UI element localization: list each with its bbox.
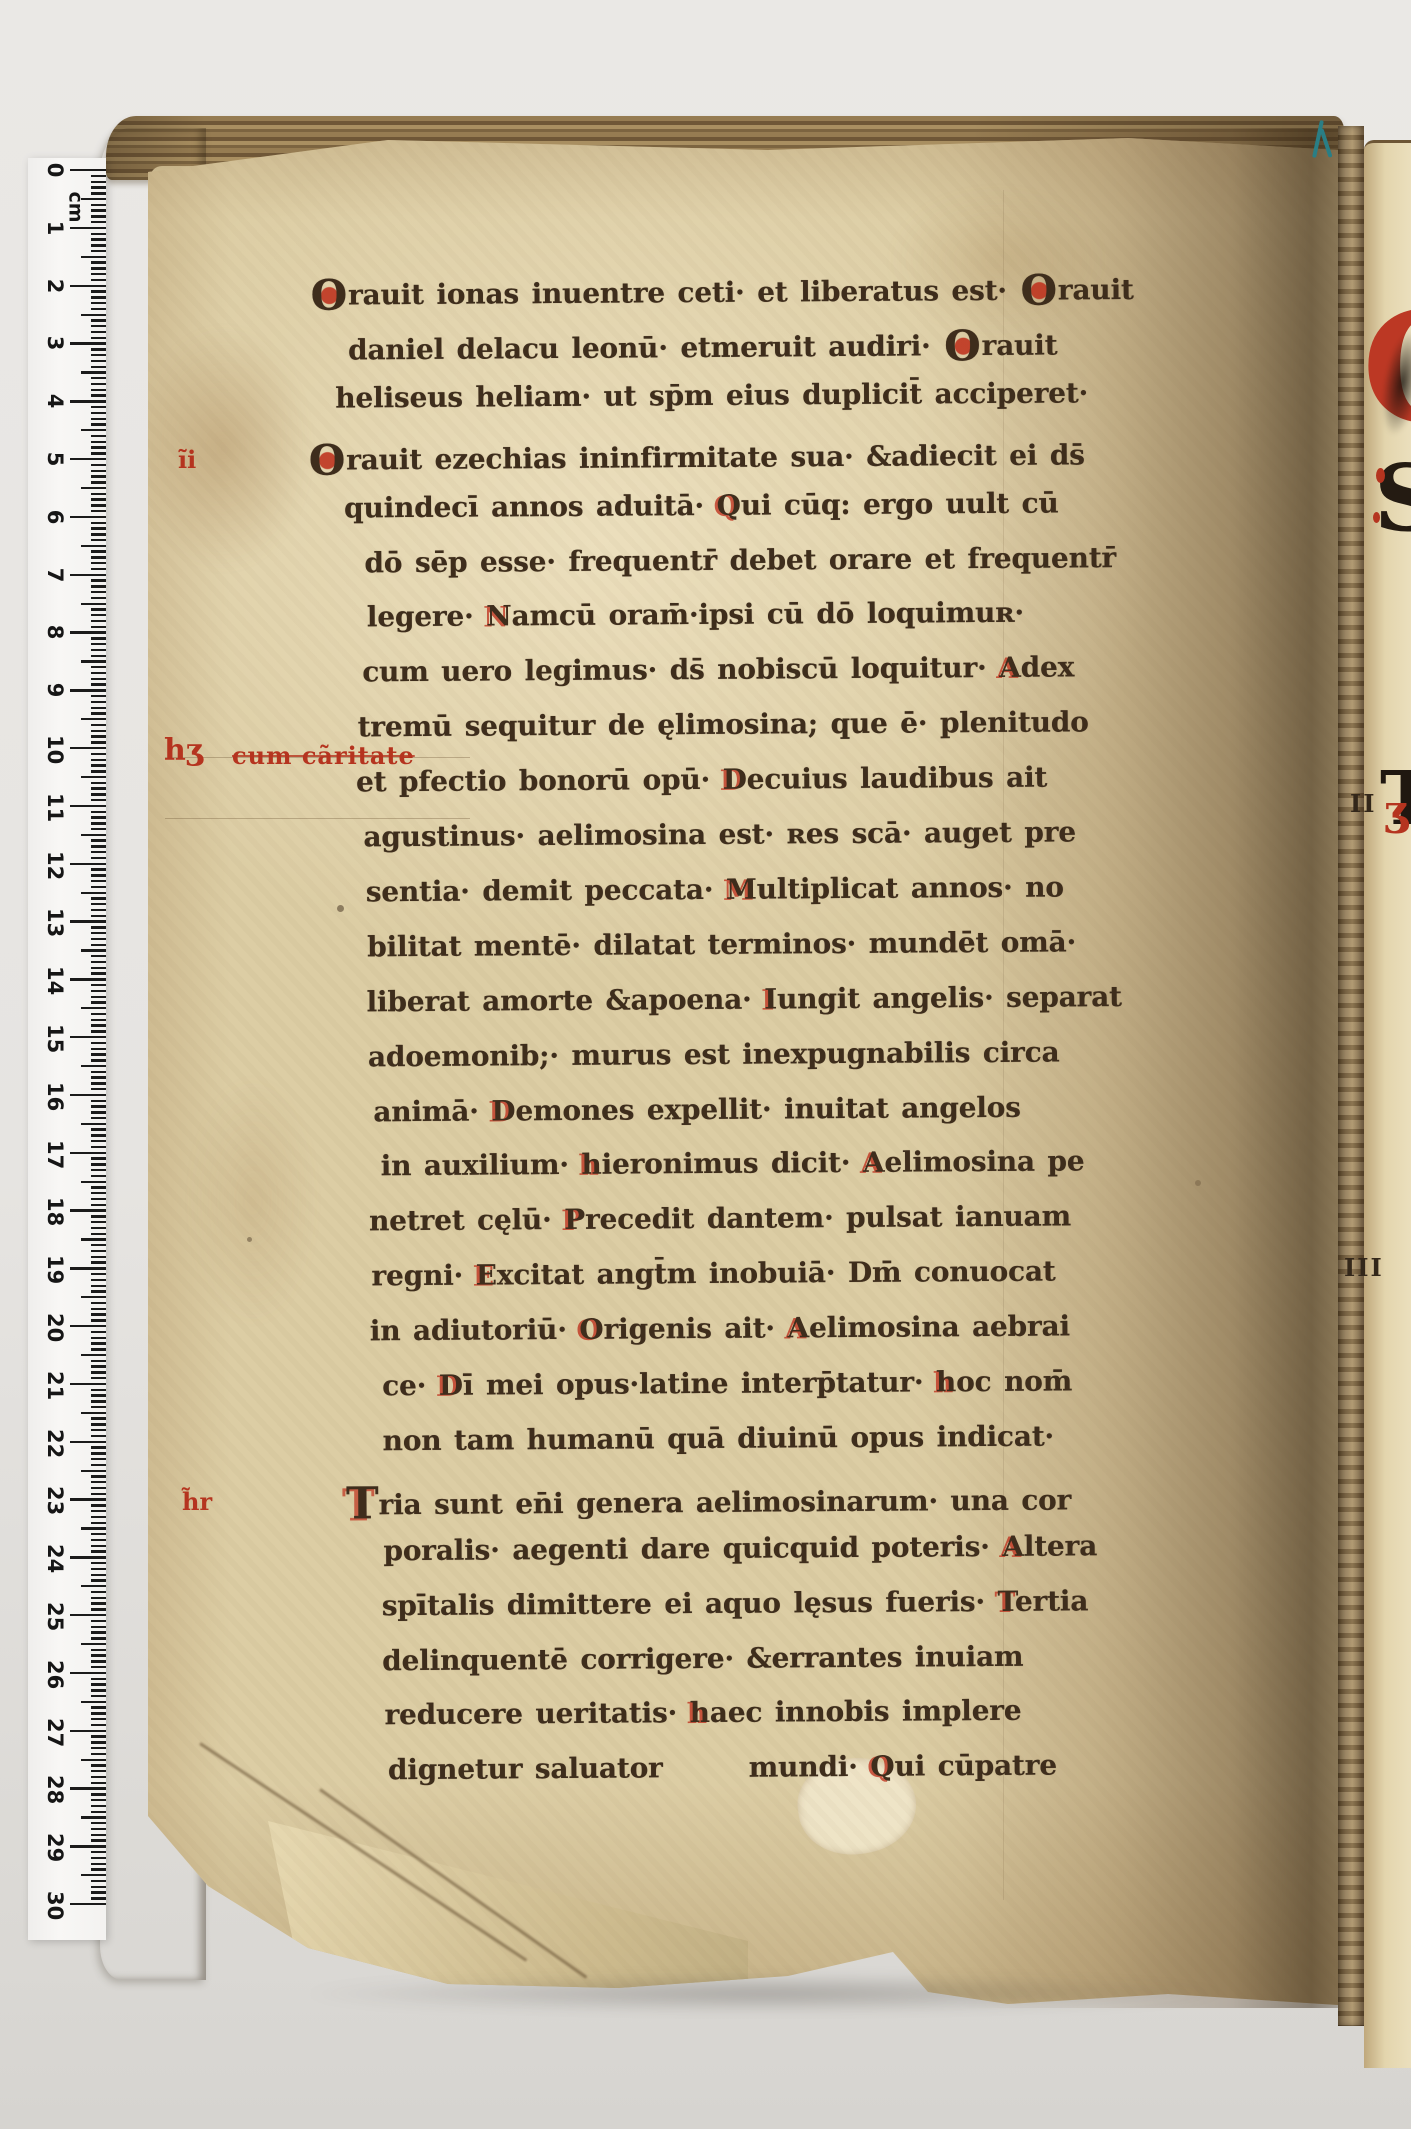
ruler-tick bbox=[91, 215, 106, 217]
ruler-tick bbox=[91, 1048, 106, 1050]
ruler-tick bbox=[81, 1238, 106, 1240]
ruler-tick bbox=[91, 759, 106, 761]
ruler-number: 1 bbox=[43, 215, 67, 241]
manuscript-text: E bbox=[476, 1259, 497, 1292]
ruler-tick bbox=[91, 1666, 106, 1668]
ruler-tick bbox=[91, 1897, 106, 1899]
ruler-tick bbox=[91, 857, 106, 859]
ruler-tick bbox=[91, 886, 106, 888]
ruler-tick bbox=[91, 267, 106, 269]
ruler-tick bbox=[91, 1475, 106, 1477]
manuscript-line: liberat amorte &apoena· Iungit angelis· … bbox=[366, 983, 1121, 1016]
ruler-tick bbox=[91, 1706, 106, 1708]
ruler-tick bbox=[81, 1701, 106, 1703]
ruler-tick bbox=[91, 1186, 106, 1188]
ruler-number: 24 bbox=[43, 1544, 67, 1570]
ruler-tick bbox=[91, 568, 106, 570]
ruler-tick bbox=[91, 1348, 106, 1350]
ruler-tick bbox=[91, 655, 106, 657]
ruler-tick bbox=[91, 1579, 106, 1581]
ruler-tick bbox=[91, 475, 106, 477]
manuscript-line: quindecī annos aduitā· Qui cūq: ergo uul… bbox=[344, 489, 1059, 522]
manuscript-text: regni· bbox=[371, 1259, 475, 1293]
ruler-tick bbox=[91, 452, 106, 454]
manuscript-text: Q bbox=[716, 488, 740, 521]
manuscript-text: D bbox=[491, 1094, 515, 1127]
manuscript-line: Orauit ionas inuentre ceti· et liberatus… bbox=[309, 269, 1133, 317]
ruler-number: 28 bbox=[43, 1775, 67, 1801]
ruler-tick bbox=[70, 805, 106, 807]
margin-rubric: hʒ bbox=[164, 736, 203, 766]
ruler-tick bbox=[91, 1417, 106, 1419]
ruler-tick bbox=[70, 1556, 106, 1558]
manuscript-text: in adiutoriū· bbox=[370, 1313, 580, 1347]
ruler-tick bbox=[81, 1759, 106, 1761]
manuscript-line: dignetur saluator mundi· Qui cūpatre bbox=[388, 1752, 1057, 1785]
ruler-number: 3 bbox=[43, 330, 67, 356]
ruler-tick bbox=[91, 1747, 106, 1749]
manuscript-text: delinquentē corrigere· &errantes inuiam bbox=[382, 1639, 1023, 1676]
manuscript-text: tremū sequitur de ęlimosina; que ē· plen… bbox=[358, 706, 1089, 744]
ruler-tick bbox=[81, 1065, 106, 1067]
ruler-tick bbox=[91, 1481, 106, 1483]
ruler-tick bbox=[91, 1770, 106, 1772]
ruler-tick bbox=[91, 1059, 106, 1061]
ruler-tick bbox=[91, 302, 106, 304]
manuscript-line: bilitat mentē· dilatat terminos· mundēt … bbox=[367, 928, 1076, 961]
ruler-tick bbox=[91, 192, 106, 194]
ruler-tick bbox=[91, 787, 106, 789]
ruler-tick bbox=[91, 1042, 106, 1044]
ruler-number: 4 bbox=[43, 388, 67, 414]
manuscript-text: ria sunt en̄i genera aelimosinarum· una … bbox=[378, 1483, 1071, 1521]
ruler-tick bbox=[91, 1192, 106, 1194]
ruler-tick bbox=[91, 1683, 106, 1685]
ruler-tick bbox=[91, 377, 106, 379]
ruler-tick bbox=[91, 1458, 106, 1460]
ruler-tick bbox=[91, 683, 106, 685]
ruler-tick bbox=[91, 839, 106, 841]
manuscript-line: animā· Demones expellit· inuitat angelos bbox=[373, 1093, 1021, 1126]
ruler-tick bbox=[91, 539, 106, 541]
manuscript-text: aec innobis implere bbox=[710, 1694, 1022, 1729]
ruler-tick bbox=[70, 516, 106, 518]
ruler-number: 9 bbox=[43, 677, 67, 703]
manuscript-line: agustinus· aelimosina est· ʀes scā· auge… bbox=[363, 818, 1076, 851]
ruler-tick bbox=[91, 932, 106, 934]
ruler-tick bbox=[91, 695, 106, 697]
ruler-tick bbox=[91, 1718, 106, 1720]
ruler-tick bbox=[91, 406, 106, 408]
ruler-tick bbox=[91, 1423, 106, 1425]
ruler-tick bbox=[70, 1152, 106, 1154]
manuscript-text: emones expellit· inuitat angelos bbox=[515, 1090, 1021, 1127]
ruler-tick bbox=[91, 337, 106, 339]
ruler-tick bbox=[81, 545, 106, 547]
ruler-tick bbox=[81, 1874, 106, 1876]
ruler-tick bbox=[91, 1886, 106, 1888]
ruler-tick bbox=[91, 816, 106, 818]
illuminated-initial: T bbox=[346, 1482, 379, 1526]
ruler-tick bbox=[91, 996, 106, 998]
ruler-tick bbox=[91, 244, 106, 246]
ruler-tick bbox=[70, 1672, 106, 1674]
ruler-number: 11 bbox=[43, 793, 67, 819]
ruler-tick bbox=[70, 1903, 106, 1905]
ruler-tick bbox=[91, 944, 106, 946]
manuscript-text: amcū oram̄·ipsi cū dō loquimuʀ· bbox=[511, 596, 1024, 633]
ruler-number: 5 bbox=[43, 446, 67, 472]
manuscript-line: sentia· demit peccata· Multiplicat annos… bbox=[366, 873, 1064, 906]
ruler-tick bbox=[91, 181, 106, 183]
ruler-tick bbox=[70, 1094, 106, 1096]
ruler-tick bbox=[70, 342, 106, 344]
ruler-tick bbox=[91, 1429, 106, 1431]
illuminated-initial: O bbox=[308, 439, 347, 481]
ruler-tick bbox=[91, 1302, 106, 1304]
ruler-tick bbox=[91, 1597, 106, 1599]
ruler-tick bbox=[91, 527, 106, 529]
manuscript-text: h bbox=[690, 1696, 710, 1729]
ruler-tick bbox=[91, 1689, 106, 1691]
ruler-tick bbox=[91, 938, 106, 940]
ruler-tick bbox=[91, 1724, 106, 1726]
manuscript-text: sentia· demit peccata· bbox=[366, 873, 726, 909]
ruler-tick bbox=[91, 770, 106, 772]
ruler-tick bbox=[91, 741, 106, 743]
ruler-tick bbox=[91, 556, 106, 558]
ruler-tick bbox=[91, 175, 106, 177]
ruler-tick bbox=[91, 308, 106, 310]
ruler-tick bbox=[91, 1342, 106, 1344]
ruler-tick bbox=[91, 649, 106, 651]
ruler-tick bbox=[91, 1215, 106, 1217]
ruler-tick bbox=[91, 1024, 106, 1026]
ruler-tick bbox=[81, 1181, 106, 1183]
ruler-tick bbox=[91, 972, 106, 974]
ruler-tick bbox=[91, 1822, 106, 1824]
manuscript-text: ui cūq: ergo uult cū bbox=[741, 486, 1059, 521]
ruler-number: 25 bbox=[43, 1602, 67, 1628]
ruler-tick bbox=[91, 383, 106, 385]
ruler-tick bbox=[81, 1354, 106, 1356]
ruler-tick bbox=[91, 579, 106, 581]
manuscript-text: h bbox=[936, 1365, 956, 1398]
ruler-tick bbox=[81, 1412, 106, 1414]
ruler-tick bbox=[91, 1608, 106, 1610]
ruler-tick bbox=[91, 984, 106, 986]
ruler-tick bbox=[91, 1631, 106, 1633]
ruler-tick bbox=[91, 1013, 106, 1015]
ruler-tick bbox=[70, 1498, 106, 1500]
manuscript-line: legere· Namcū oram̄·ipsi cū dō loquimuʀ· bbox=[367, 599, 1024, 632]
ruler-tick bbox=[91, 481, 106, 483]
manuscript-text: I bbox=[764, 982, 777, 1015]
ruler-tick bbox=[91, 851, 106, 853]
manuscript-text: agustinus· aelimosina est· ʀes scā· auge… bbox=[363, 815, 1076, 853]
ruler-tick bbox=[81, 660, 106, 662]
ruler-number: 15 bbox=[43, 1024, 67, 1050]
ruler-number: 18 bbox=[43, 1197, 67, 1223]
ruler-number: 27 bbox=[43, 1718, 67, 1744]
ruler-tick bbox=[91, 1233, 106, 1235]
ruler-tick bbox=[91, 1244, 106, 1246]
ruler-tick bbox=[70, 1730, 106, 1732]
ruler-number: 26 bbox=[43, 1660, 67, 1686]
ruler-number: 12 bbox=[43, 851, 67, 877]
ruler-tick bbox=[70, 574, 106, 576]
ruler-tick bbox=[91, 423, 106, 425]
ruler-number: 0 bbox=[43, 157, 67, 183]
ruler-number: 29 bbox=[43, 1833, 67, 1859]
manuscript-text: in auxilium· bbox=[381, 1148, 582, 1182]
ruler-tick bbox=[91, 799, 106, 801]
manuscript-text: D bbox=[439, 1369, 463, 1402]
manuscript-text: ultiplicat annos· no bbox=[757, 870, 1064, 905]
ruler-tick bbox=[91, 1198, 106, 1200]
ruler-tick bbox=[91, 1400, 106, 1402]
ruler-tick bbox=[70, 285, 106, 287]
ruler-tick bbox=[91, 319, 106, 321]
ruler-tick bbox=[91, 1053, 106, 1055]
manuscript-line: dō sēp esse· frequentr̄ debet orare et f… bbox=[364, 544, 1116, 577]
manuscript-text: ieronimus dicit· bbox=[601, 1146, 863, 1181]
manuscript-text: recedit dantem· pulsat ianuam bbox=[585, 1200, 1071, 1236]
ruler-tick bbox=[81, 834, 106, 836]
margin-rubric: cum cãritate bbox=[232, 744, 415, 768]
ruler-number: 7 bbox=[43, 562, 67, 588]
ruler-number: 19 bbox=[43, 1255, 67, 1281]
ruler-number: 14 bbox=[43, 966, 67, 992]
ruler-tick bbox=[70, 689, 106, 691]
ruler-tick bbox=[91, 591, 106, 593]
ruler-tick bbox=[91, 764, 106, 766]
ruler-tick bbox=[91, 441, 106, 443]
ruler-tick bbox=[91, 672, 106, 674]
ruler-tick bbox=[91, 1256, 106, 1258]
ruler-tick bbox=[91, 504, 106, 506]
ruler-tick bbox=[91, 418, 106, 420]
manuscript-text: ecuius laudibus ait bbox=[747, 761, 1048, 796]
illuminated-initial: O bbox=[943, 325, 982, 367]
ruler-tick bbox=[91, 354, 106, 356]
ruler-tick bbox=[91, 238, 106, 240]
ruler-number: 23 bbox=[43, 1486, 67, 1512]
ruler-number: 2 bbox=[43, 273, 67, 299]
manuscript-text: rigenis ait· bbox=[603, 1312, 787, 1346]
ruler-tick bbox=[91, 961, 106, 963]
manuscript-line: reducere ueritatis· haec innobis implere bbox=[384, 1697, 1021, 1729]
manuscript-text: ltera bbox=[1024, 1529, 1098, 1563]
ruler-tick bbox=[91, 1487, 106, 1489]
ruler-tick bbox=[91, 1510, 106, 1512]
manuscript-text: rauit bbox=[981, 328, 1057, 362]
manuscript-photo: C S II T ʒ III Orauit ionas inuentre cet… bbox=[0, 0, 1411, 2129]
ruler-tick bbox=[91, 1319, 106, 1321]
margin-rubric: h̃r bbox=[182, 1490, 212, 1514]
ruler-tick bbox=[70, 400, 106, 402]
manuscript-text: O bbox=[579, 1313, 603, 1346]
ruler-tick bbox=[91, 464, 106, 466]
ruler-tick bbox=[91, 1753, 106, 1755]
manuscript-line: tremū sequitur de ęlimosina; que ē· plen… bbox=[358, 709, 1089, 742]
ruler-tick bbox=[91, 273, 106, 275]
manuscript-text: dignetur saluator bbox=[388, 1752, 663, 1787]
manuscript-text: liberat amorte &apoena· bbox=[366, 982, 764, 1018]
ruler-tick bbox=[91, 1157, 106, 1159]
ruler-tick bbox=[91, 666, 106, 668]
ruler-tick bbox=[81, 429, 106, 431]
ruler-tick bbox=[91, 1568, 106, 1570]
ruler-number: 13 bbox=[43, 908, 67, 934]
ruler-tick bbox=[91, 903, 106, 905]
manuscript-line: Orauit ezechias ininfirmitate sua· &adie… bbox=[308, 434, 1085, 481]
ruler-tick bbox=[70, 747, 106, 749]
ruler-tick bbox=[70, 1383, 106, 1385]
manuscript-line: in adiutoriū· Origenis ait· Aelimosina a… bbox=[370, 1313, 1070, 1346]
ruler-tick bbox=[91, 1227, 106, 1229]
ruler-tick bbox=[91, 394, 106, 396]
ruler-number: 20 bbox=[43, 1313, 67, 1339]
ruler-tick bbox=[91, 348, 106, 350]
manuscript-line: netret cęlū· Precedit dantem· pulsat ian… bbox=[369, 1203, 1071, 1236]
manuscript-text: spītalis dimittere ei aquo lęsus fueris· bbox=[382, 1585, 998, 1622]
ruler-tick bbox=[91, 325, 106, 327]
manuscript-text bbox=[663, 1777, 749, 1778]
margin-rubric: ĩi bbox=[178, 448, 196, 472]
ruler-tick bbox=[70, 863, 106, 865]
manuscript-line: delinquentē corrigere· &errantes inuiam bbox=[382, 1642, 1023, 1674]
ruler-tick bbox=[91, 1076, 106, 1078]
ruler-tick bbox=[70, 631, 106, 633]
ruler-tick bbox=[91, 1371, 106, 1373]
ruler-tick bbox=[91, 1793, 106, 1795]
ruler-tick bbox=[91, 1105, 106, 1107]
ruler-tick bbox=[70, 227, 106, 229]
manuscript-text: daniel delacu leonū· etmeruit audiri· bbox=[348, 329, 943, 366]
manuscript-line: non tam humanū quā diuinū opus indicat· bbox=[383, 1422, 1055, 1455]
ruler-tick bbox=[70, 1614, 106, 1616]
ruler-tick bbox=[91, 360, 106, 362]
illuminated-initial: O bbox=[309, 274, 348, 316]
manuscript-text: P bbox=[564, 1203, 585, 1236]
ruler-tick bbox=[91, 1545, 106, 1547]
ruler-tick bbox=[91, 1337, 106, 1339]
ruler-tick bbox=[81, 603, 106, 605]
ruler-tick bbox=[91, 845, 106, 847]
manuscript-text: ertia bbox=[1015, 1584, 1089, 1618]
ruler-tick bbox=[91, 1435, 106, 1437]
ruler-tick bbox=[70, 1845, 106, 1847]
ruler-tick bbox=[81, 892, 106, 894]
manuscript-text: T bbox=[997, 1584, 1015, 1617]
ruler-tick bbox=[91, 614, 106, 616]
ruler-tick bbox=[91, 1533, 106, 1535]
ruler-tick bbox=[91, 1851, 106, 1853]
ruler-tick bbox=[91, 1550, 106, 1552]
ruler-tick bbox=[70, 1787, 106, 1789]
ruler-tick bbox=[81, 1007, 106, 1009]
ruler-tick bbox=[91, 1446, 106, 1448]
ruler-tick bbox=[91, 585, 106, 587]
ruler-tick bbox=[91, 597, 106, 599]
ruler-tick bbox=[81, 1816, 106, 1818]
ruler-tick bbox=[70, 1036, 106, 1038]
ruler-tick bbox=[91, 868, 106, 870]
manuscript-text: D bbox=[848, 1256, 872, 1289]
manuscript-text: Q bbox=[870, 1750, 894, 1783]
ruler-tick bbox=[91, 1776, 106, 1778]
ruler-tick bbox=[91, 412, 106, 414]
ruler-tick bbox=[91, 204, 106, 206]
ruler-unit-label: cm bbox=[65, 191, 87, 222]
manuscript-text: dex bbox=[1021, 651, 1075, 684]
ruler-tick bbox=[91, 724, 106, 726]
ruler-tick bbox=[91, 233, 106, 235]
ruler-tick bbox=[91, 828, 106, 830]
ruler-tick bbox=[81, 718, 106, 720]
ruler-tick bbox=[91, 1880, 106, 1882]
ruler-tick bbox=[91, 620, 106, 622]
manuscript-text: non tam humanū quā diuinū opus indicat· bbox=[383, 1419, 1055, 1457]
ruler-tick bbox=[91, 250, 106, 252]
ruler-tick bbox=[81, 256, 106, 258]
ruler-number: 22 bbox=[43, 1429, 67, 1455]
ruler-tick bbox=[91, 1649, 106, 1651]
manuscript-text: A bbox=[863, 1146, 885, 1179]
ruler-tick bbox=[91, 1082, 106, 1084]
ruler-tick bbox=[91, 533, 106, 535]
ruler-tick bbox=[81, 314, 106, 316]
illuminated-initial: O bbox=[1019, 270, 1058, 312]
manuscript-text: D bbox=[723, 763, 747, 796]
manuscript-text: M bbox=[726, 873, 757, 906]
ruler-tick bbox=[91, 880, 106, 882]
manuscript-text: ce· bbox=[382, 1369, 439, 1402]
manuscript-line: spītalis dimittere ei aquo lęsus fueris·… bbox=[382, 1587, 1089, 1620]
ruler-tick bbox=[91, 909, 106, 911]
ruler-tick bbox=[70, 1267, 106, 1269]
manuscript-text: xcitat angt̄m inobuiā· bbox=[497, 1256, 848, 1291]
ruler-tick bbox=[91, 1868, 106, 1870]
ruler-tick bbox=[91, 1100, 106, 1102]
manuscript-text: A bbox=[787, 1311, 809, 1344]
ruler-tick bbox=[91, 915, 106, 917]
ruler-tick bbox=[91, 1735, 106, 1737]
ruler-tick bbox=[91, 522, 106, 524]
ruler-tick bbox=[91, 1221, 106, 1223]
ruler-tick bbox=[91, 1493, 106, 1495]
ruler-tick bbox=[91, 1539, 106, 1541]
manuscript-text: cum uero legimus· ds̄ nobiscū loquitur· bbox=[362, 651, 999, 688]
manuscript-text: A bbox=[1002, 1529, 1024, 1562]
ruler-tick bbox=[91, 1574, 106, 1576]
manuscript-text: rauit ezechias ininfirmitate sua· &adiec… bbox=[346, 438, 1085, 476]
manuscript-text: N bbox=[486, 600, 512, 633]
text-block: Orauit ionas inuentre ceti· et liberatus… bbox=[0, 0, 1411, 2129]
ruler-tick bbox=[91, 1626, 106, 1628]
manuscript-line: ce· Dī mei opus·latine interp̄tatur· hoc… bbox=[382, 1367, 1072, 1400]
ruler-tick bbox=[91, 1204, 106, 1206]
ruler-tick bbox=[91, 1308, 106, 1310]
manuscript-line: in auxilium· hieronimus dicit· Aelimosin… bbox=[381, 1148, 1085, 1181]
manuscript-text: heliseus heliam· ut sp̄m eius duplicit̄ … bbox=[335, 376, 1088, 414]
ruler-tick bbox=[91, 1030, 106, 1032]
manuscript-line: adoemonib;· murus est inexpugnabilis cir… bbox=[368, 1038, 1060, 1071]
ruler-tick bbox=[91, 1169, 106, 1171]
ruler-tick bbox=[91, 1805, 106, 1807]
ruler-tick bbox=[91, 1660, 106, 1662]
